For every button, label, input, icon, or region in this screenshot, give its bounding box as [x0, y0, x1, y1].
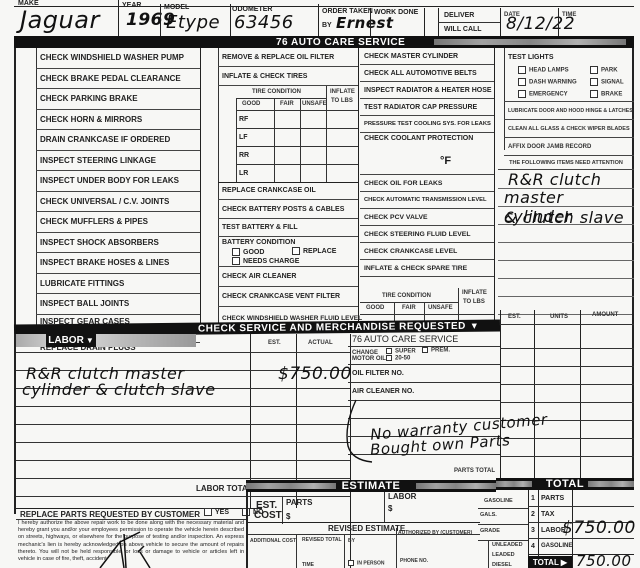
- checklist-grid: CHECK WINDSHIELD WASHER PUMPCHECK BRAKE …: [14, 48, 634, 330]
- model-value[interactable]: Etype: [166, 12, 220, 33]
- check-item[interactable]: INSPECT STEERING LINKAGE: [36, 151, 200, 172]
- total-banner-title: TOTAL: [542, 478, 588, 490]
- check-inflate-tires[interactable]: INFLATE & CHECK TIRES: [218, 67, 358, 86]
- check-item[interactable]: CHECK STEERING FLUID LEVEL: [360, 226, 494, 243]
- merch-title: 76 AUTO CARE SERVICE: [352, 334, 458, 344]
- check-item[interactable]: INSPECT SHOCK ABSORBERS: [36, 233, 200, 254]
- order-taken-value[interactable]: Ernest: [336, 14, 394, 32]
- tire-rr: RR: [239, 152, 249, 159]
- check-item[interactable]: PRESSURE TEST COOLING SYS. FOR LEAKS: [360, 116, 494, 133]
- merch-units-label: UNITS: [550, 314, 568, 320]
- check-item[interactable]: CHECK PCV VALVE: [360, 209, 494, 226]
- odometer-value[interactable]: 63456: [234, 12, 294, 33]
- grand-total-value[interactable]: 750.00: [576, 552, 632, 568]
- total-tax-label: TAX: [541, 511, 554, 518]
- deliver-label: DELIVER: [444, 12, 474, 19]
- coolant-unit: °F: [440, 155, 451, 167]
- checkbox[interactable]: [348, 560, 354, 566]
- revised-estimate-label: REVISED ESTIMATE: [328, 524, 405, 533]
- battery-replace-option[interactable]: REPLACE: [292, 247, 336, 255]
- order-taken-by-label: BY: [322, 22, 332, 29]
- check-replace-crankcase-oil[interactable]: REPLACE CRANKCASE OIL: [218, 182, 358, 200]
- replace-parts-yes[interactable]: YES: [204, 508, 229, 516]
- labor-total-label: LABOR TOTAL: [196, 484, 253, 493]
- head-lamps-option[interactable]: HEAD LAMPS: [518, 66, 569, 74]
- brake-option[interactable]: BRAKE: [590, 90, 622, 98]
- total-labor-value[interactable]: $750.00: [562, 518, 636, 538]
- check-item[interactable]: DRAIN CRANKCASE IF ORDERED: [36, 130, 200, 151]
- check-item[interactable]: LUBRICATE FITTINGS: [36, 274, 200, 295]
- attention-line-1: R&R clutch: [508, 170, 601, 189]
- revised-total-label: REVISED TOTAL: [302, 537, 342, 543]
- spare-tire-condition-label: TIRE CONDITION: [382, 293, 431, 299]
- estimate-banner: ESTIMATE: [246, 480, 496, 492]
- battery-needs-charge-option[interactable]: NEEDS CHARGE: [232, 257, 299, 265]
- check-item[interactable]: CHECK HORN & MIRRORS: [36, 110, 200, 131]
- estimate-banner-title: ESTIMATE: [338, 480, 405, 492]
- grade-label: GRADE: [480, 528, 500, 534]
- labor-actual-value[interactable]: $750.00: [278, 364, 352, 384]
- check-item[interactable]: INSPECT UNDER BODY FOR LEAKS: [36, 171, 200, 192]
- check-remove-oil-filter[interactable]: REMOVE & REPLACE OIL FILTER: [218, 48, 358, 67]
- time-label: TIME: [562, 12, 576, 18]
- checkbox[interactable]: [386, 355, 392, 361]
- check-item[interactable]: INSPECT BALL JOINTS: [36, 294, 200, 315]
- inflate-label: INFLATE: [330, 89, 355, 95]
- check-item[interactable]: INSPECT BRAKE HOSES & LINES: [36, 253, 200, 274]
- service-banner: 76 AUTO CARE SERVICE: [14, 36, 634, 48]
- parts-total-label: PARTS TOTAL: [454, 468, 495, 474]
- emergency-option[interactable]: EMERGENCY: [518, 90, 568, 98]
- tire-condition-table: TIRE CONDITION INFLATE TO LBS GOOD FAIR …: [218, 86, 358, 182]
- check-item[interactable]: CHECK WINDSHIELD WASHER PUMP: [36, 48, 200, 69]
- oil-filter-no-label: OIL FILTER NO.: [352, 370, 404, 377]
- total-parts-label: PARTS: [541, 495, 564, 502]
- check-item[interactable]: CHECK BRAKE PEDAL CLEARANCE: [36, 69, 200, 90]
- total-row-num: 4: [531, 543, 535, 550]
- spare-to-lbs-label: TO LBS: [463, 299, 485, 305]
- check-air-cleaner[interactable]: CHECK AIR CLEANER: [218, 267, 358, 287]
- authorized-by-label: AUTHORIZED BY (CUSTOMER): [398, 530, 472, 536]
- merch-est-label: EST.: [508, 314, 521, 320]
- battery-condition: BATTERY CONDITION GOOD REPLACE NEEDS CHA…: [218, 237, 358, 267]
- good-label: GOOD: [242, 101, 260, 107]
- labor-description-line-2[interactable]: cylinder & clutch slave: [22, 380, 216, 399]
- tire-condition-label: TIRE CONDITION: [252, 89, 301, 95]
- check-item[interactable]: CHECK MUFFLERS & PIPES: [36, 212, 200, 233]
- service-banner-title: 76 AUTO CARE SERVICE: [276, 37, 405, 48]
- tire-lf: LF: [239, 134, 248, 141]
- check-clean-glass[interactable]: CLEAN ALL GLASS & CHECK WIPER BLADES: [504, 120, 634, 138]
- gals-label: GALS.: [480, 512, 497, 518]
- check-item[interactable]: CHECK AUTOMATIC TRANSMISSION LEVEL: [360, 192, 494, 209]
- gasoline-label: GASOLINE: [484, 498, 513, 504]
- total-banner: TOTAL: [496, 478, 634, 490]
- to-lbs-label: TO LBS: [331, 98, 353, 104]
- checkbox[interactable]: [232, 257, 240, 265]
- header-row: MAKE Jaguar YEAR 1969 MODEL Etype ODOMET…: [14, 0, 634, 38]
- unleaded-label: UNLEADED: [492, 542, 523, 548]
- check-test-battery[interactable]: TEST BATTERY & FILL: [218, 219, 358, 237]
- est-labor-value[interactable]: $: [388, 504, 392, 513]
- checkbox[interactable]: [204, 508, 212, 516]
- customer-signature: [80, 512, 180, 568]
- air-cleaner-no-label: AIR CLEANER NO.: [352, 388, 414, 395]
- total-row-num: 3: [531, 527, 535, 534]
- est-labor-label: LABOR: [388, 492, 416, 501]
- total-row-num: 1: [531, 495, 535, 502]
- check-item[interactable]: CHECK ALL AUTOMOTIVE BELTS: [360, 65, 494, 82]
- leaded-label: LEADED: [492, 552, 515, 558]
- coolant-protection[interactable]: CHECK COOLANT PROTECTION °F: [360, 133, 494, 175]
- check-item[interactable]: CHECK OIL FOR LEAKS: [360, 175, 494, 192]
- by-label: BY: [348, 538, 355, 544]
- check-battery-posts[interactable]: CHECK BATTERY POSTS & CABLES: [218, 200, 358, 219]
- attention-lines[interactable]: R&R clutch master cylinder & clutch slav…: [498, 170, 634, 330]
- checkbox[interactable]: [422, 347, 428, 353]
- checkbox[interactable]: [590, 78, 598, 86]
- check-item[interactable]: CHECK UNIVERSAL / C.V. JOINTS: [36, 192, 200, 213]
- attention-line-3: & clutch slave: [504, 208, 624, 227]
- repair-order-form: MAKE Jaguar YEAR 1969 MODEL Etype ODOMET…: [0, 0, 640, 568]
- grand-total-label: TOTAL ▶: [528, 556, 572, 568]
- tire-rf: RF: [239, 116, 248, 123]
- checkbox[interactable]: [518, 66, 526, 74]
- column-1: CHECK WINDSHIELD WASHER PUMPCHECK BRAKE …: [16, 48, 202, 330]
- additional-cost-label: ADDITIONAL COST: [250, 538, 296, 544]
- super-option[interactable]: SUPER: [386, 348, 416, 355]
- total-row-num: 2: [531, 511, 535, 518]
- make-value[interactable]: Jaguar: [20, 6, 100, 34]
- labor-actual-label: ACTUAL: [308, 340, 333, 346]
- spare-inflate-label: INFLATE: [462, 290, 487, 296]
- dash-warning-option[interactable]: DASH WARNING: [518, 78, 577, 86]
- checkbox[interactable]: [590, 66, 598, 74]
- column-4: TEST LIGHTS HEAD LAMPS PARK DASH WARNING…: [494, 48, 634, 330]
- year-label: YEAR: [122, 2, 141, 9]
- prem-option[interactable]: PREM.: [422, 347, 450, 354]
- time-label: TIME: [302, 562, 314, 568]
- merch-amount-label: AMOUNT: [592, 312, 618, 318]
- fair-label: FAIR: [280, 101, 294, 107]
- spare-good-label: GOOD: [366, 305, 384, 311]
- labor-est-label: EST.: [268, 340, 281, 346]
- test-lights: TEST LIGHTS HEAD LAMPS PARK DASH WARNING…: [504, 48, 634, 102]
- checkbox[interactable]: [386, 348, 392, 354]
- signal-option[interactable]: SIGNAL: [590, 78, 624, 86]
- phone-no-label: PHONE NO.: [400, 558, 428, 564]
- checkbox[interactable]: [590, 90, 598, 98]
- estimate-section: EST. COST PARTS $ LABOR $ REVISED ESTIMA…: [246, 492, 478, 568]
- check-item[interactable]: CHECK MASTER CYLINDER: [360, 48, 494, 65]
- totals-table: 1 PARTS 2 TAX 3 LABOR 4 GASOLINE $750.00…: [528, 490, 634, 568]
- in-person-option[interactable]: IN PERSON: [348, 560, 385, 566]
- spare-unsafe-label: UNSAFE: [428, 305, 453, 311]
- total-gasoline-label: GASOLINE: [541, 543, 572, 549]
- check-item[interactable]: INSPECT RADIATOR & HEATER HOSE: [360, 82, 494, 99]
- motor-oil-label: MOTOR OIL: [352, 356, 386, 362]
- check-lubricate-hinges[interactable]: LUBRICATE DOOR AND HOOD HINGE & LATCHES: [504, 102, 634, 120]
- est-parts-label: PARTS: [286, 498, 313, 507]
- check-item[interactable]: TEST RADIATOR CAP PRESSURE: [360, 99, 494, 116]
- fuel-section: GASOLINE GALS. GRADE UNLEADED LEADED DIE…: [478, 492, 528, 568]
- park-option[interactable]: PARK: [590, 66, 618, 74]
- unsafe-label: UNSAFE: [302, 101, 327, 107]
- warranty-note: No warranty customer Bought own Parts: [340, 396, 570, 466]
- grade-20-50-option[interactable]: 20-50: [386, 355, 410, 362]
- column-3: CHECK MASTER CYLINDERCHECK ALL AUTOMOTIV…: [360, 48, 496, 330]
- battery-good-option[interactable]: GOOD: [232, 248, 264, 256]
- checkbox[interactable]: [518, 78, 526, 86]
- checkbox[interactable]: [518, 90, 526, 98]
- check-crankcase-vent[interactable]: CHECK CRANKCASE VENT FILTER: [218, 287, 358, 307]
- column-2: REMOVE & REPLACE OIL FILTER INFLATE & CH…: [202, 48, 366, 330]
- check-item[interactable]: CHECK CRANKCASE LEVEL: [360, 243, 494, 260]
- checkbox[interactable]: [292, 247, 300, 255]
- checkbox[interactable]: [232, 248, 240, 256]
- diesel-label: DIESEL: [492, 562, 512, 568]
- model-label: MODEL: [164, 4, 189, 11]
- will-call-label: WILL CALL: [444, 26, 482, 33]
- attention-header: THE FOLLOWING ITEMS NEED ATTENTION: [498, 156, 634, 170]
- check-item[interactable]: CHECK PARKING BRAKE: [36, 89, 200, 110]
- check-door-jamb[interactable]: AFFIX DOOR JAMB RECORD: [504, 138, 634, 156]
- spare-fair-label: FAIR: [402, 305, 416, 311]
- est-parts-value[interactable]: $: [286, 512, 290, 521]
- est-cost-label-2: COST: [254, 510, 282, 521]
- tire-lr: LR: [239, 170, 248, 177]
- work-done-label: WORK DONE: [374, 9, 418, 16]
